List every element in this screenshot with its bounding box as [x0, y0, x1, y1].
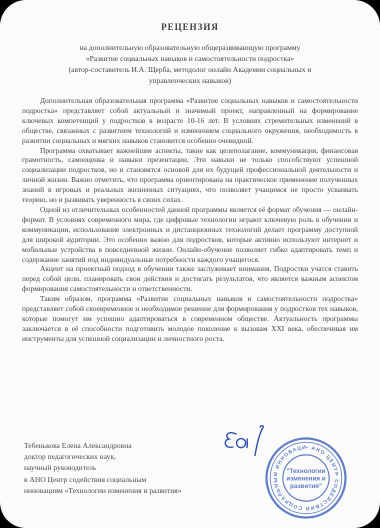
- paragraph-online-format: Одной из отличительных особенностей данн…: [22, 205, 358, 264]
- document-subtitle: на дополнительную образовательную общера…: [0, 42, 380, 86]
- subtitle-line: «Развитие социальных навыков и самостоят…: [20, 53, 360, 64]
- document-body: Дополнительная образовательная программа…: [0, 96, 380, 344]
- stamp-center-line: изменения и: [286, 476, 325, 483]
- reviewer-name: Тебенькова Елена Александровна: [24, 440, 214, 451]
- paragraph-intro: Дополнительная образовательная программа…: [22, 96, 358, 146]
- stamp-center-line: "Технологии: [286, 468, 325, 475]
- subtitle-line: на дополнительную образовательную общера…: [20, 42, 360, 53]
- handwritten-signature-icon: [220, 424, 268, 462]
- signature-block: Тебенькова Елена Александровна доктор пе…: [24, 440, 214, 496]
- reviewer-degree: доктор педагогических наук,: [24, 451, 214, 462]
- paragraph-conclusion: Таким образом, программа «Развитие социа…: [22, 294, 358, 344]
- organization-stamp-icon: • АНО ЦЕНТР СОДЕЙСТВИЯ СОЦИАЛЬНЫМ ИННОВА…: [264, 436, 348, 520]
- document-title: РЕЦЕНЗИЯ: [0, 22, 380, 32]
- paragraph-project-approach: Акцент на проектный подход в обучении та…: [22, 264, 358, 294]
- review-document-page: РЕЦЕНЗИЯ на дополнительную образовательн…: [0, 0, 380, 528]
- subtitle-line: управленческих навыков): [20, 75, 360, 86]
- paragraph-aspects: Программа охватывает важнейшие аспекты, …: [22, 146, 358, 205]
- subtitle-line: (автор-составитель И.А. Щерба, методолог…: [20, 64, 360, 75]
- reviewer-role: научный руководитель: [24, 462, 214, 473]
- stamp-center-line: развития": [290, 483, 322, 490]
- reviewer-organization-name: инновациям «Технологии изменения и разви…: [24, 485, 214, 496]
- reviewer-organization: в АНО Центр содействия социальным: [24, 474, 214, 485]
